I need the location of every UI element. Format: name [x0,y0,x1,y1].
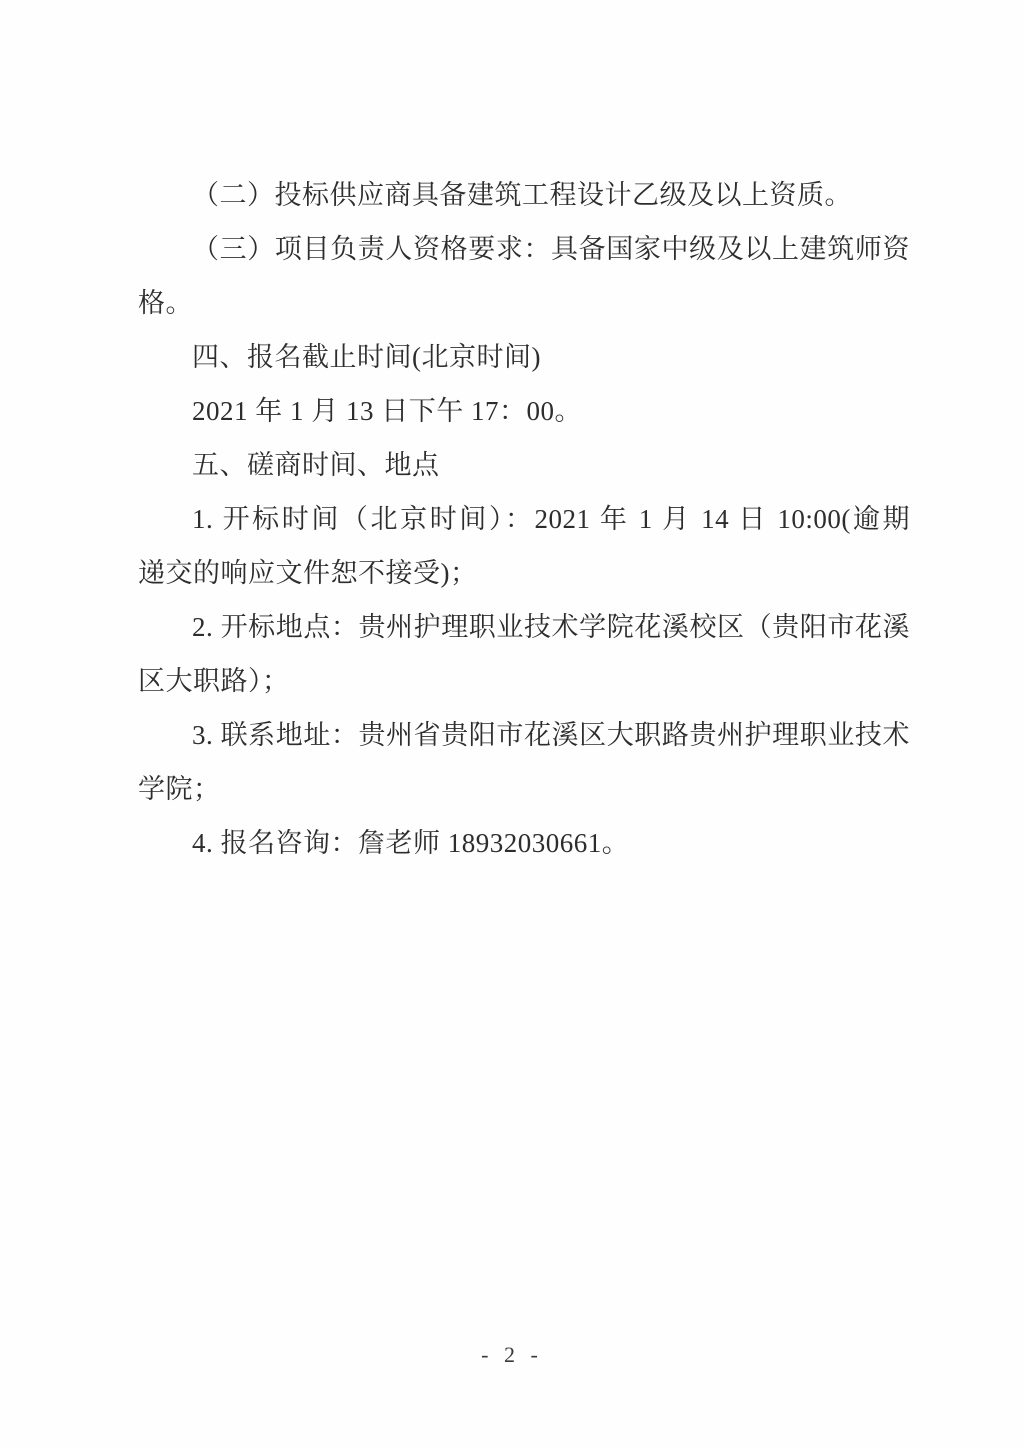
paragraph-line: 3. 联系地址：贵州省贵阳市花溪区大职路贵州护理职业技术 [138,708,910,762]
paragraph-line: 2021 年 1 月 13 日下午 17：00。 [138,384,910,438]
paragraph-line: 区大职路）； [138,654,910,708]
document-body: （二）投标供应商具备建筑工程设计乙级及以上资质。 （三）项目负责人资格要求：具备… [138,168,910,870]
page-number: - 2 - [0,1338,1024,1372]
paragraph-line: 格。 [138,276,910,330]
section-heading-line: 四、报名截止时间(北京时间) [138,330,910,384]
paragraph-line: （二）投标供应商具备建筑工程设计乙级及以上资质。 [138,168,910,222]
paragraph-line: 4. 报名咨询：詹老师 18932030661。 [138,816,910,870]
paragraph-line: 学院； [138,762,910,816]
document-page: （二）投标供应商具备建筑工程设计乙级及以上资质。 （三）项目负责人资格要求：具备… [0,0,1024,1448]
paragraph-line: 2. 开标地点：贵州护理职业技术学院花溪校区（贵阳市花溪 [138,600,910,654]
paragraph-line: 递交的响应文件恕不接受)； [138,546,910,600]
paragraph-line: （三）项目负责人资格要求：具备国家中级及以上建筑师资 [138,222,910,276]
paragraph-line: 1. 开标时间（北京时间）：2021 年 1 月 14 日 10:00(逾期 [138,492,910,546]
section-heading-line: 五、磋商时间、地点 [138,438,910,492]
